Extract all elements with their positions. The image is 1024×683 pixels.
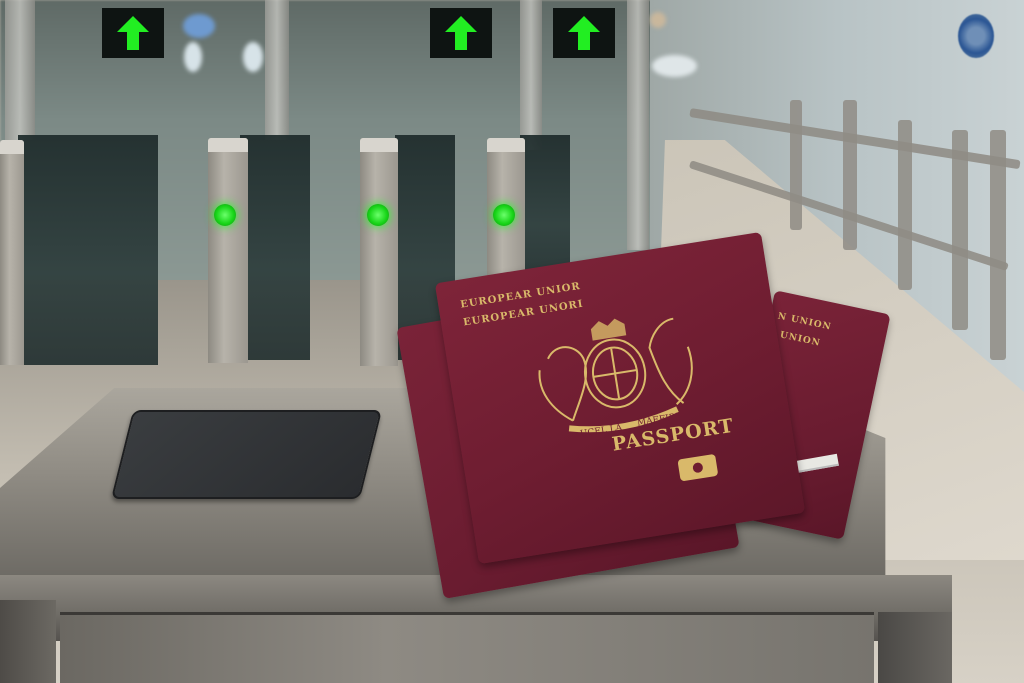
- rail-post: [843, 100, 857, 250]
- rail-post: [952, 130, 968, 330]
- passport-front[interactable]: EUROPEAR UNIOR EUROPEAR UNORI UCEL LA MA…: [435, 232, 805, 564]
- pillar: [520, 0, 542, 150]
- gate-signal-1: [102, 8, 164, 58]
- passport-back-header-1: N UNION: [777, 311, 833, 332]
- biometric-chip-icon: [677, 454, 718, 482]
- passport-scanner-pad[interactable]: [111, 410, 382, 499]
- counter-side-panel: [878, 612, 952, 683]
- green-status-led: [367, 204, 389, 226]
- passport-back-header-2: UNION: [779, 330, 822, 348]
- gate-post: [360, 138, 398, 366]
- blue-circle-sign: [958, 14, 994, 58]
- pillar: [627, 0, 649, 250]
- green-status-led: [493, 204, 515, 226]
- green-status-led: [214, 204, 236, 226]
- green-up-arrow-icon: [443, 14, 479, 52]
- rail-post: [790, 100, 802, 230]
- pillar: [5, 0, 35, 140]
- bokeh-light: [243, 42, 263, 72]
- green-up-arrow-icon: [566, 14, 602, 52]
- pillar: [265, 0, 289, 140]
- gate-glass-panel: [18, 135, 158, 365]
- gate-post: [208, 138, 248, 363]
- green-up-arrow-icon: [115, 14, 151, 52]
- counter-front-panel: [60, 612, 874, 683]
- gate-signal-2: [430, 8, 492, 58]
- rail-post: [990, 130, 1006, 360]
- counter-left-panel: [0, 600, 56, 683]
- gate-post: [0, 140, 24, 365]
- gate-signal-3: [553, 8, 615, 58]
- gate-glass-panel: [240, 135, 310, 360]
- airport-egate-scene: N UNION UNION EUROPEAR UNIOR EUROPEAR UN…: [0, 0, 1024, 683]
- bokeh-light: [183, 14, 215, 38]
- bokeh-light: [650, 12, 666, 28]
- bokeh-light: [652, 55, 697, 77]
- rail-post: [898, 120, 912, 290]
- bokeh-light: [184, 42, 202, 72]
